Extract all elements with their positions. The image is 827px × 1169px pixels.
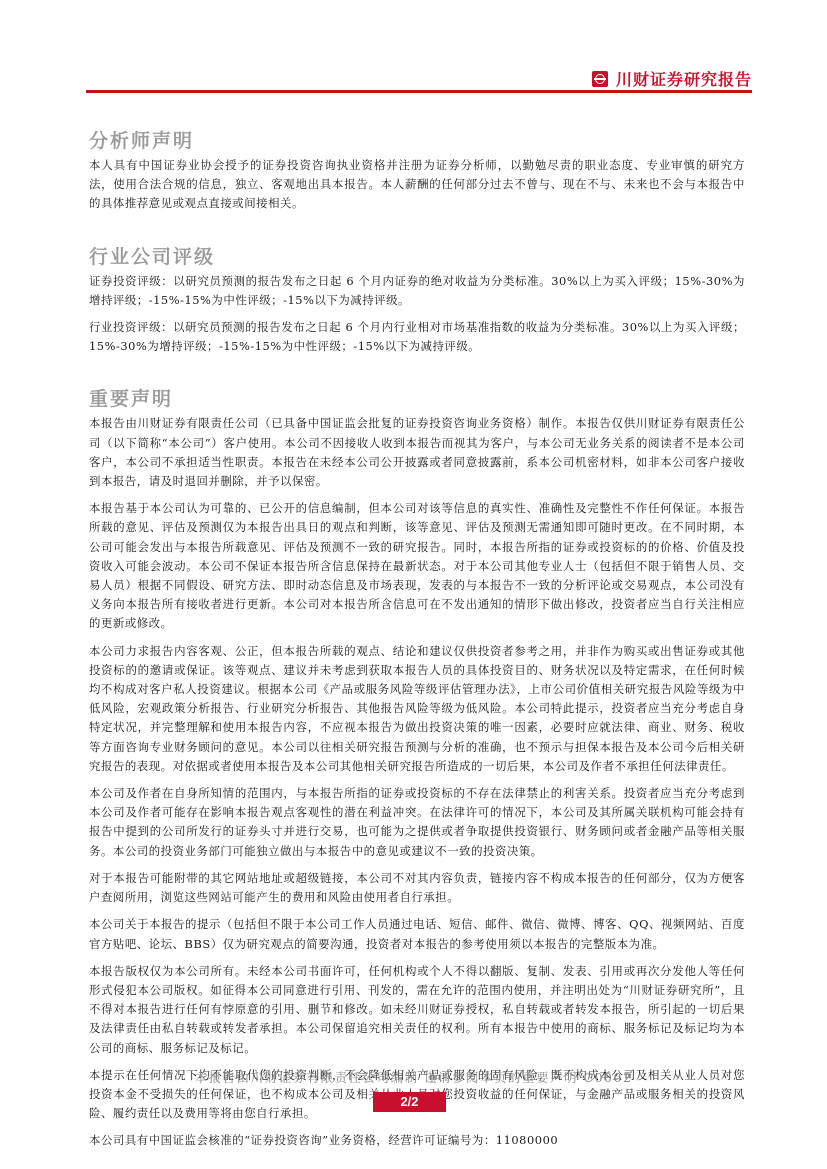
paragraph: 本公司及作者在自身所知情的范围内，与本报告所指的证券或投资标的不存在法律禁止的利…	[89, 784, 745, 861]
section-title: 行业公司评级	[89, 244, 745, 270]
paragraph: 本公司力求报告内容客观、公正，但本报告所载的观点、结论和建议仅供投资者参考之用，…	[89, 642, 745, 776]
footer-disclaimer: 本报告由川财证券有限责任公司编制 谨请参阅本页的重要声明 C0002	[0, 1068, 827, 1086]
paragraph: 行业投资评级：以研究员预测的报告发布之日起 6 个月内行业相对市场基准指数的收益…	[89, 318, 745, 356]
section-analyst-statement: 分析师声明 本人具有中国证券业协会授予的证券投资咨询执业资格并注册为证券分析师，…	[89, 128, 745, 214]
header-brand: 川财证券研究报告	[592, 67, 752, 90]
page-header: 川财证券研究报告	[86, 64, 752, 94]
document-body: 分析师声明 本人具有中国证券业协会授予的证券投资咨询执业资格并注册为证券分析师，…	[89, 128, 745, 1169]
paragraph: 本报告基于本公司认为可靠的、已公开的信息编制，但本公司对该等信息的真实性、准确性…	[89, 499, 745, 633]
section-title: 重要声明	[89, 386, 745, 412]
header-title: 川财证券研究报告	[616, 67, 752, 90]
paragraph: 证券投资评级：以研究员预测的报告发布之日起 6 个月内证券的绝对收益为分类标准。…	[89, 272, 745, 310]
paragraph: 本人具有中国证券业协会授予的证券投资咨询执业资格并注册为证券分析师，以勤勉尽责的…	[89, 156, 745, 214]
paragraph: 本报告版权仅为本公司所有。未经本公司书面许可，任何机构或个人不得以翻版、复制、发…	[89, 962, 745, 1058]
section-title: 分析师声明	[89, 128, 745, 154]
section-rating-definitions: 行业公司评级 证券投资评级：以研究员预测的报告发布之日起 6 个月内证券的绝对收…	[89, 244, 745, 357]
paragraph: 本公司具有中国证监会核准的“证券投资咨询”业务资格，经营许可证编号为：11080…	[89, 1131, 745, 1150]
section-important-disclaimer: 重要声明 本报告由川财证券有限责任公司（已具备中国证监会批复的证券投资咨询业务资…	[89, 386, 745, 1150]
paragraph: 对于本报告可能附带的其它网站地址或超级链接，本公司不对其内容负责，链接内容不构成…	[89, 869, 745, 907]
company-logo-icon	[592, 71, 608, 87]
header-divider	[86, 90, 752, 93]
page-number-badge: 2/2	[373, 1092, 446, 1112]
paragraph: 本报告由川财证券有限责任公司（已具备中国证监会批复的证券投资咨询业务资格）制作。…	[89, 414, 745, 491]
paragraph: 本公司关于本报告的提示（包括但不限于本公司工作人员通过电话、短信、邮件、微信、微…	[89, 915, 745, 953]
